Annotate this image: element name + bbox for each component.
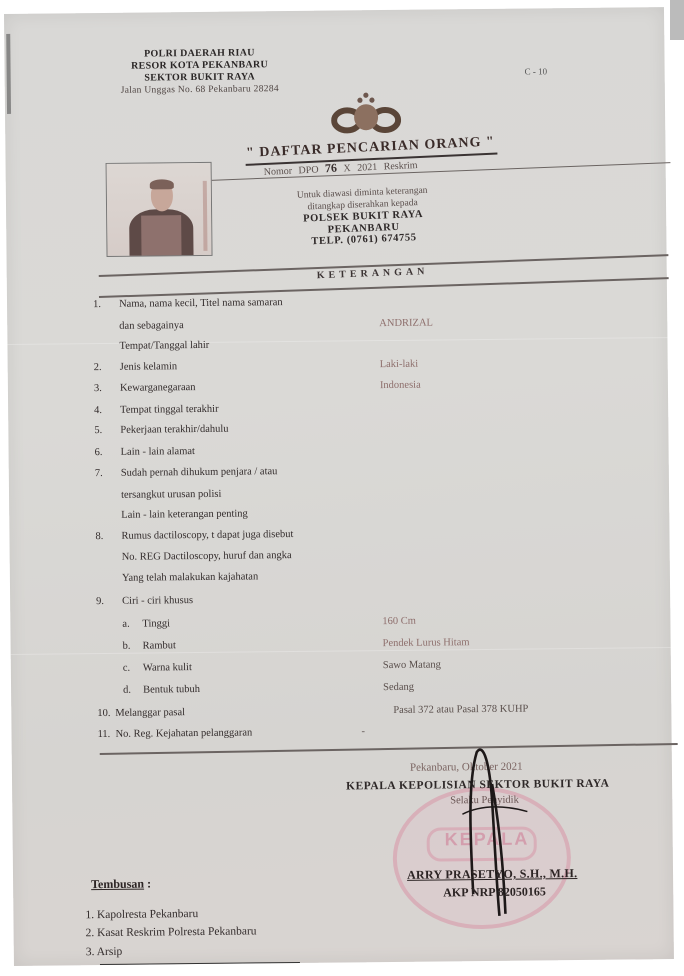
field-number: 7. <box>95 468 103 479</box>
field-label: Ciri - ciri khusus <box>122 595 193 607</box>
letterhead: POLRI DAERAH RIAU RESOR KOTA PEKANBARU S… <box>104 47 294 97</box>
field-label: Nama, nama kecil, Titel nama samaran <box>119 297 283 310</box>
field-label: tersangkut urusan polisi <box>121 489 221 501</box>
field-number: 9. <box>96 596 104 607</box>
field-number: 1. <box>93 299 101 310</box>
field-number: 8. <box>95 531 103 542</box>
field-label: Lain - lain alamat <box>121 446 195 458</box>
paper-fold <box>7 337 667 345</box>
field-number: 10. <box>97 708 110 719</box>
field-value: Laki-laki <box>380 359 419 370</box>
nomor-month: X <box>343 163 351 174</box>
field-value: 160 Cm <box>382 616 416 627</box>
cc-item: 3. Arsip <box>86 946 123 958</box>
paper-fold <box>11 647 671 655</box>
field-value: Pasal 372 atau Pasal 378 KUHP <box>393 704 528 716</box>
field-number: 11. <box>97 729 110 740</box>
field-label: Bentuk tubuh <box>143 684 200 696</box>
field-label: No. Reg. Kejahatan pelanggaran <box>115 727 252 739</box>
form-code: C - 10 <box>525 66 548 76</box>
field-label: Kewarganegaraan <box>120 382 196 394</box>
document-page: POLRI DAERAH RIAU RESOR KOTA PEKANBARU S… <box>4 7 674 966</box>
org-line: RESOR KOTA PEKANBARU <box>104 59 294 73</box>
details-list: 1.Nama, nama kecil, Titel nama samaranda… <box>4 7 664 14</box>
field-label: Rambut <box>143 640 176 651</box>
field-label: No. REG Dactiloscopy, huruf dan angka <box>122 550 292 563</box>
police-emblem-icon <box>331 90 401 135</box>
nomor-unit: Reskrim <box>383 160 417 173</box>
field-label: Warna kulit <box>143 662 192 674</box>
field-label: Tempat tinggal terakhir <box>120 404 219 416</box>
background-corner <box>670 0 684 40</box>
signatory-name: ARRY PRASETYO, S.H., M.H. <box>407 866 577 883</box>
signatory-rank-nrp: AKP NRP 82050165 <box>443 884 546 900</box>
office-address: Jalan Unggas No. 68 Pekanbaru 28284 <box>105 83 295 97</box>
field-number: d. <box>123 685 131 696</box>
field-number: b. <box>123 641 131 652</box>
field-label: Tempat/Tanggal lahir <box>119 340 209 352</box>
divider <box>99 277 669 297</box>
field-label: Sudah pernah dihukum penjara / atau <box>121 466 278 479</box>
field-value: Pendek Lurus Hitam <box>383 637 470 649</box>
field-label: Melanggar pasal <box>115 707 185 719</box>
contact-block: Untuk diawasi diminta keterangan ditangk… <box>267 185 459 250</box>
cc-label: Tembusan <box>91 877 144 892</box>
section-heading: KETERANGAN <box>317 266 429 281</box>
field-value: ANDRIZAL <box>379 318 433 330</box>
cc-item: 1. Kapolresta Pekanbaru <box>85 908 198 921</box>
field-label: Rumus dactiloscopy, t dapat juga disebut <box>121 529 293 542</box>
field-label: dan sebagainya <box>119 320 184 332</box>
field-label: Pekerjaan terakhir/dahulu <box>120 424 228 436</box>
paper-edge-shadow <box>6 34 11 114</box>
field-label: Yang telah malakukan kajahatan <box>122 571 258 583</box>
field-number: c. <box>123 663 130 674</box>
field-label: Tinggi <box>142 618 170 629</box>
field-value: Sedang <box>383 682 414 693</box>
suspect-photo <box>106 162 213 257</box>
nomor-prefix: DPO <box>298 164 318 176</box>
field-number: 3. <box>94 383 102 394</box>
nomor-number: 76 <box>325 161 338 176</box>
field-label: Jenis kelamin <box>120 361 178 373</box>
field-number: a. <box>122 619 129 630</box>
field-number: 6. <box>95 447 103 458</box>
nomor-year: 2021 <box>357 162 377 174</box>
field-number: 2. <box>94 362 102 373</box>
field-value: Sawo Matang <box>383 659 441 671</box>
field-value: Indonesia <box>380 380 421 391</box>
cc-item: 2. Kasat Reskrim Polresta Pekanbaru <box>86 925 257 939</box>
cc-heading: Tembusan : <box>91 877 151 893</box>
field-label: Lain - lain keterangan penting <box>121 508 248 520</box>
field-number: 4. <box>94 405 102 416</box>
field-value: - <box>361 726 365 737</box>
divider <box>100 743 678 755</box>
cc-underline <box>100 962 300 965</box>
field-number: 5. <box>94 425 102 436</box>
